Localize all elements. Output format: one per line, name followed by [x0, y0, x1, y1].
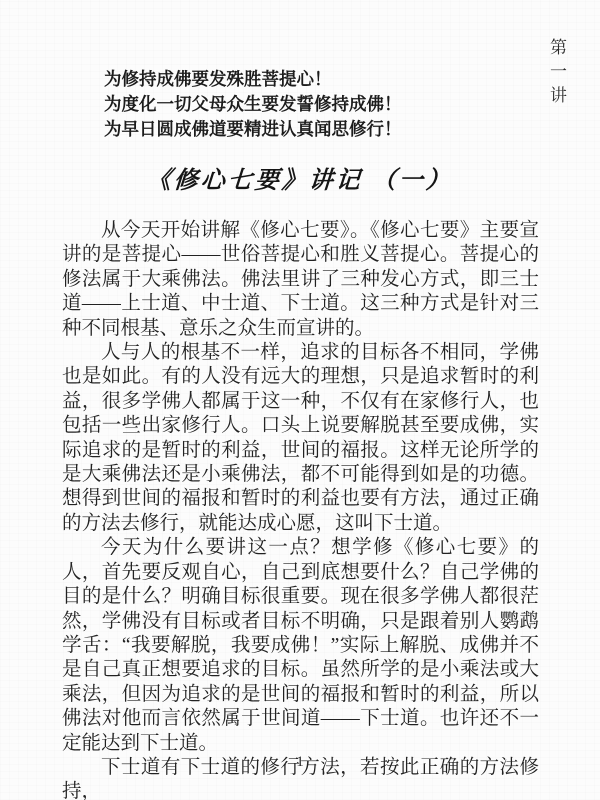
dedication-line-2: 为度化一切父母众生要发誓修持成佛！	[104, 92, 544, 117]
paragraph-2: 人与人的根基不一样，追求的目标各不相同，学佛也是如此。有的人没有远大的理想，只是…	[62, 341, 539, 536]
chapter-side-label: 第一讲	[544, 38, 569, 110]
paragraph-3: 今天为什么要讲这一点？想学修《修心七要》的人，首先要反观自心，自己到底想要什么？…	[62, 536, 539, 756]
book-page: 第一讲 为修持成佛要发殊胜菩提心！ 为度化一切父母众生要发誓修持成佛！ 为早日圆…	[0, 0, 600, 800]
page-title: 《修心七要》讲记 （一）	[0, 160, 600, 195]
page-number: 1	[0, 754, 600, 771]
dedication-block: 为修持成佛要发殊胜菩提心！ 为度化一切父母众生要发誓修持成佛！ 为早日圆成佛道要…	[104, 67, 544, 142]
body-text-block: 从今天开始讲解《修心七要》。《修心七要》主要宣讲的是菩提心——世俗菩提心和胜义菩…	[62, 219, 539, 800]
paragraph-1: 从今天开始讲解《修心七要》。《修心七要》主要宣讲的是菩提心——世俗菩提心和胜义菩…	[62, 219, 539, 341]
dedication-line-1: 为修持成佛要发殊胜菩提心！	[104, 67, 544, 92]
dedication-line-3: 为早日圆成佛道要精进认真闻思修行！	[104, 117, 544, 142]
